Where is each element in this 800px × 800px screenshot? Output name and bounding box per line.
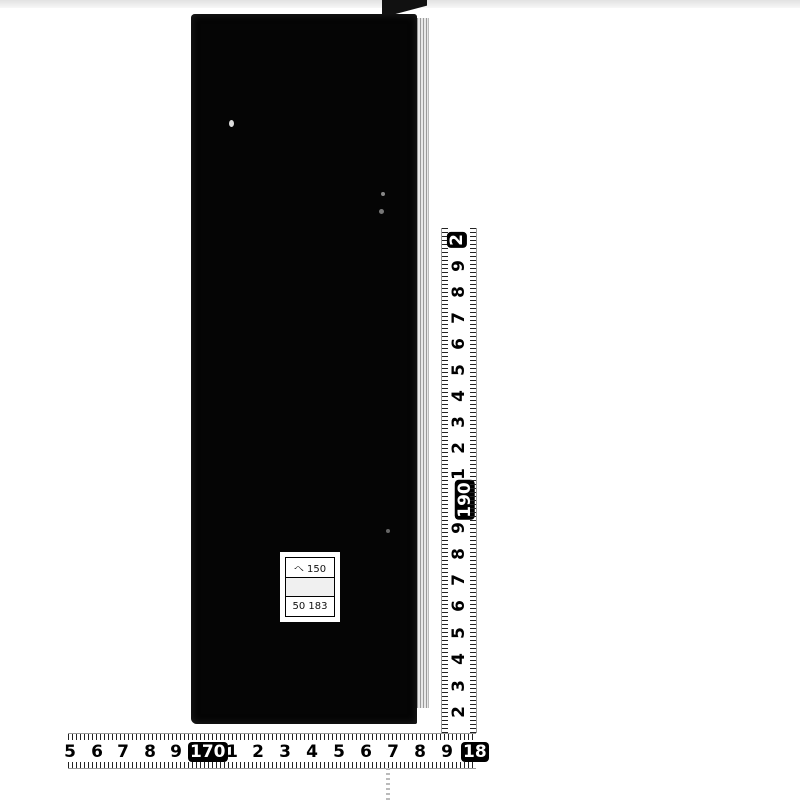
ruler-v-tick: 5	[449, 361, 469, 379]
ruler-v-tick: 4	[449, 650, 469, 668]
ruler-v-tick: 8	[449, 283, 469, 301]
ruler-v-tick: 6	[449, 597, 469, 615]
cover-speck	[379, 209, 384, 214]
shelf-label: へ 150 50 183	[280, 552, 340, 622]
ruler-h-tick: 18	[461, 742, 489, 762]
label-row-number: 50 183	[286, 597, 334, 616]
horizontal-ruler: 5 6 7 8 9 170 1 2 3 4 5 6 7 8 9 18	[68, 733, 476, 769]
ruler-v-tick: 2	[449, 703, 469, 721]
ruler-h-tick: 9	[439, 742, 455, 762]
cover-speck	[229, 120, 234, 127]
cover-speck	[381, 192, 385, 196]
ruler-h-tick: 9	[168, 742, 184, 762]
ruler-h-tick: 3	[277, 742, 293, 762]
ruler-v-tick: 2	[447, 232, 467, 248]
ruler-v-tick: 4	[449, 387, 469, 405]
label-row-classification: へ 150	[286, 558, 334, 578]
ruler-v-tick: 3	[449, 413, 469, 431]
vertical-ruler: 2 3 4 5 6 7 8 9 190 1 2 3 4 5 6 7 8 9 2	[441, 228, 477, 733]
ruler-h-tick: 1	[224, 742, 240, 762]
ruler-v-tick: 9	[449, 519, 469, 537]
ruler-h-tick: 8	[412, 742, 428, 762]
ruler-h-tick: 8	[142, 742, 158, 762]
ruler-v-tick: 7	[449, 309, 469, 327]
ruler-h-tick: 6	[358, 742, 374, 762]
ruler-h-tick: 5	[62, 742, 78, 762]
ruler-h-tick: 5	[331, 742, 347, 762]
cover-speck	[386, 529, 390, 533]
label-row-blank	[286, 578, 334, 598]
scanner-shadow	[382, 0, 427, 14]
ruler-h-tick: 2	[250, 742, 266, 762]
ruler-v-tick: 7	[449, 571, 469, 589]
scan-artifact	[386, 768, 390, 800]
ruler-h-tick: 6	[89, 742, 105, 762]
ruler-v-tick: 9	[449, 257, 469, 275]
ruler-v-tick-190: 190	[455, 480, 475, 520]
ruler-v-tick: 8	[449, 545, 469, 563]
ruler-v-tick: 5	[449, 624, 469, 642]
ruler-h-tick: 7	[115, 742, 131, 762]
ruler-v-tick: 2	[449, 439, 469, 457]
ruler-v-tick: 1	[449, 465, 469, 483]
ruler-h-tick: 4	[304, 742, 320, 762]
shelf-label-frame: へ 150 50 183	[285, 557, 335, 617]
ruler-v-tick: 6	[449, 335, 469, 353]
ruler-h-tick-170: 170	[188, 742, 228, 762]
ruler-h-tick: 7	[385, 742, 401, 762]
ruler-v-tick: 3	[449, 677, 469, 695]
